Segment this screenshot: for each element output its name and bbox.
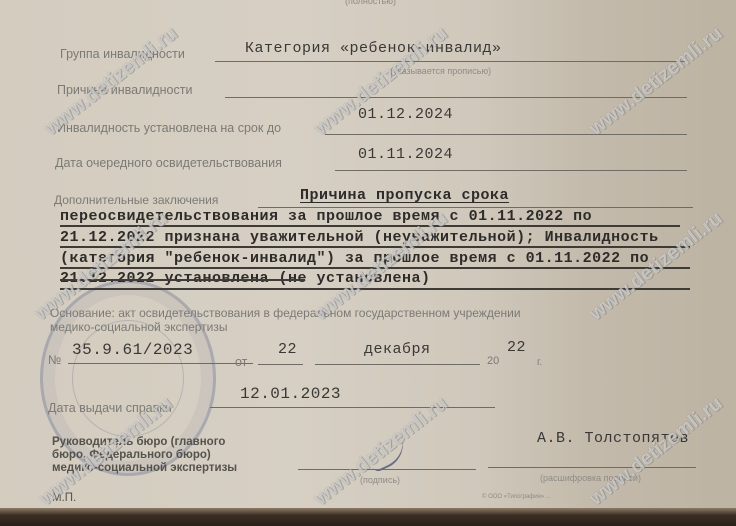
- printer-footer: © ООО «Типография» ...: [482, 494, 551, 500]
- next-exam-label: Дата очередного освидетельствования: [55, 156, 282, 170]
- table-surface: [0, 508, 736, 526]
- from-label: от: [235, 355, 247, 369]
- next-exam-line: [335, 170, 687, 171]
- established-until-value: 01.12.2024: [358, 106, 453, 123]
- name-line: [488, 467, 696, 468]
- established-until-line: [325, 134, 687, 135]
- act-number: 35.9.61/2023: [72, 341, 193, 359]
- next-exam-value: 01.11.2024: [358, 146, 453, 163]
- act-year-unit: г.: [537, 357, 542, 368]
- established-until-label: Инвалидность установлена на срок до: [57, 121, 281, 135]
- act-year-suffix: 22: [507, 339, 526, 356]
- conclusion-line-4: (категория "ребенок-инвалид") за прошлое…: [60, 250, 649, 267]
- top-caption: (полностью): [345, 0, 396, 6]
- additional-line-3: [60, 246, 690, 248]
- disability-group-value: Категория «ребенок-инвалид»: [245, 40, 502, 57]
- act-day-line: [258, 364, 303, 365]
- additional-conclusions-label: Дополнительные заключения: [54, 193, 218, 207]
- issue-date-line: [210, 407, 495, 408]
- act-day: 22: [278, 341, 297, 358]
- basis-line-2: медико-социальной экспертизы: [50, 320, 228, 334]
- conclusion-line-1: Причина пропуска срока: [300, 187, 509, 204]
- act-month-line: [315, 364, 480, 365]
- act-number-line: [68, 363, 253, 364]
- act-year-prefix: 20: [487, 355, 499, 367]
- act-month: декабря: [364, 341, 431, 358]
- signature-line: [298, 469, 476, 470]
- head-label-line-1: Руководитель бюро (главного: [52, 436, 237, 449]
- additional-line-5: [60, 288, 690, 290]
- basis-line-1: Основание: акт освидетельствования в фед…: [50, 306, 521, 320]
- issue-date-value: 12.01.2023: [240, 385, 341, 403]
- number-prefix: №: [48, 353, 61, 367]
- disability-group-line: [215, 61, 685, 62]
